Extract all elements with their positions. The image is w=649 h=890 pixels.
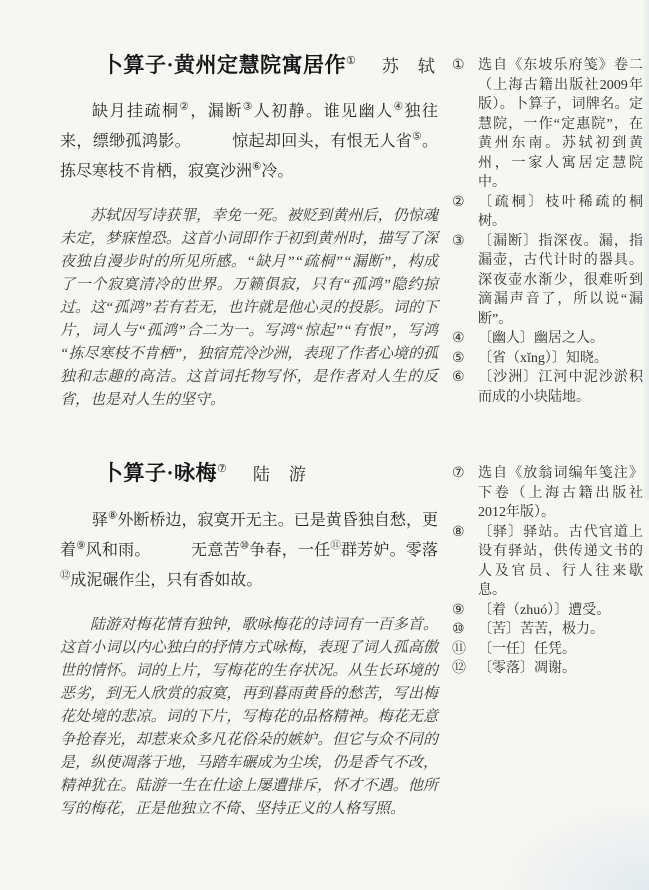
- annotation-number: ⑩: [452, 620, 478, 640]
- poem-author-2: 陆 游: [253, 465, 307, 484]
- poem-title-2: 卜算子·咏梅⑦陆 游: [102, 460, 438, 487]
- title-note-ref-1: ①: [346, 55, 356, 67]
- poem-title-text-2: 卜算子·咏梅: [102, 461, 217, 485]
- annotation-text: 〔驿〕驿站。古代官道上设有驿站，供传递文书的人及官员、行人往来歇息。: [478, 523, 643, 601]
- annotation-text: 〔一任〕任凭。: [478, 640, 643, 660]
- annotation-number: ⑧: [452, 523, 478, 543]
- poem-author-1: 苏 轼: [382, 57, 436, 76]
- annotation-number: ③: [452, 232, 478, 252]
- annotation-item: ⑨ 〔着（zhuó）〕遭受。: [452, 601, 643, 621]
- annotation-text: 〔疏桐〕枝叶稀疏的桐树。: [478, 193, 643, 232]
- annotation-item: ⑩ 〔苦〕苦苦，极力。: [452, 620, 643, 640]
- annotation-item: ③ 〔漏断〕指深夜。漏，指漏壶，古代计时的器具。深夜壶水渐少，很难听到滴漏声音了…: [452, 232, 643, 330]
- commentary-text-1: 苏轼因写诗获罪，幸免一死。被贬到黄州后，仍惊魂未定，梦寐惶恐。这首小词即作于初到…: [60, 205, 438, 412]
- annotation-item: ⑥ 〔沙洲〕江河中泥沙淤积而成的小块陆地。: [452, 368, 643, 407]
- annotations-list-2: ⑦ 选自《放翁词编年笺注》下卷（上海古籍出版社2012年版）。 ⑧ 〔驿〕驿站。…: [452, 464, 643, 679]
- annotation-item: ④ 〔幽人〕幽居之人。: [452, 329, 643, 349]
- poem-title-1: 卜算子·黄州定慧院寓居作①苏 轼: [102, 52, 438, 79]
- annotations-column-2: ⑦ 选自《放翁词编年笺注》下卷（上海古籍出版社2012年版）。 ⑧ 〔驿〕驿站。…: [438, 460, 643, 679]
- annotation-number: ②: [452, 193, 478, 213]
- poem-section-sushi: 卜算子·黄州定慧院寓居作①苏 轼 缺月挂疏桐②，漏断③人初静。谁见幽人④独往来，…: [60, 52, 643, 412]
- annotation-item: ⑦ 选自《放翁词编年笺注》下卷（上海古籍出版社2012年版）。: [452, 464, 643, 523]
- annotation-number: ⑤: [452, 349, 478, 369]
- poem-text-2: 驿⑧外断桥边，寂寞开无主。已是黄昏独自愁，更着⑨风和雨。 无意苦⑩争春，一任⑪群…: [60, 506, 438, 596]
- annotation-item: ⑫ 〔零落〕凋谢。: [452, 659, 643, 679]
- annotation-text: 〔漏断〕指深夜。漏，指漏壶，古代计时的器具。深夜壶水渐少，很难听到滴漏声音了，所…: [478, 232, 643, 330]
- annotation-number: ④: [452, 329, 478, 349]
- annotation-text: 选自《放翁词编年笺注》下卷（上海古籍出版社2012年版）。: [478, 464, 643, 523]
- annotation-number: ⑨: [452, 601, 478, 621]
- main-column-1: 卜算子·黄州定慧院寓居作①苏 轼 缺月挂疏桐②，漏断③人初静。谁见幽人④独往来，…: [60, 52, 438, 412]
- annotation-item: ② 〔疏桐〕枝叶稀疏的桐树。: [452, 193, 643, 232]
- title-note-ref-2: ⑦: [217, 463, 227, 475]
- textbook-page: 卜算子·黄州定慧院寓居作①苏 轼 缺月挂疏桐②，漏断③人初静。谁见幽人④独往来，…: [0, 0, 649, 890]
- scan-edge-shadow: [642, 0, 649, 500]
- annotation-item: ⑧ 〔驿〕驿站。古代官道上设有驿站，供传递文书的人及官员、行人往来歇息。: [452, 523, 643, 601]
- annotation-text: 〔苦〕苦苦，极力。: [478, 620, 643, 640]
- annotation-text: 〔零落〕凋谢。: [478, 659, 643, 679]
- annotation-item: ⑪ 〔一任〕任凭。: [452, 640, 643, 660]
- annotation-number: ⑥: [452, 368, 478, 388]
- annotation-number: ⑫: [452, 659, 478, 679]
- main-column-2: 卜算子·咏梅⑦陆 游 驿⑧外断桥边，寂寞开无主。已是黄昏独自愁，更着⑨风和雨。 …: [60, 460, 438, 820]
- annotation-text: 选自《东坡乐府笺》卷二（上海古籍出版社2009年版）。卜算子，词牌名。定慧院，一…: [478, 56, 643, 193]
- annotation-number: ①: [452, 56, 478, 76]
- annotation-number: ⑪: [452, 640, 478, 660]
- poem-section-luyou: 卜算子·咏梅⑦陆 游 驿⑧外断桥边，寂寞开无主。已是黄昏独自愁，更着⑨风和雨。 …: [60, 460, 643, 820]
- annotation-item: ⑤ 〔省（xǐng）〕知晓。: [452, 349, 643, 369]
- poem-title-text-1: 卜算子·黄州定慧院寓居作: [102, 53, 346, 77]
- poem-text-1: 缺月挂疏桐②，漏断③人初静。谁见幽人④独往来，缥缈孤鸿影。 惊起却回头，有恨无人…: [60, 97, 438, 187]
- annotation-text: 〔着（zhuó）〕遭受。: [478, 601, 643, 621]
- annotations-list-1: ① 选自《东坡乐府笺》卷二（上海古籍出版社2009年版）。卜算子，词牌名。定慧院…: [452, 56, 643, 407]
- annotation-text: 〔沙洲〕江河中泥沙淤积而成的小块陆地。: [478, 368, 643, 407]
- commentary-text-2: 陆游对梅花情有独钟，歌咏梅花的诗词有一百多首。这首小词以内心独白的抒情方式咏梅，…: [60, 614, 438, 821]
- annotation-number: ⑦: [452, 464, 478, 484]
- annotation-item: ① 选自《东坡乐府笺》卷二（上海古籍出版社2009年版）。卜算子，词牌名。定慧院…: [452, 56, 643, 193]
- annotation-text: 〔幽人〕幽居之人。: [478, 329, 643, 349]
- annotation-text: 〔省（xǐng）〕知晓。: [478, 349, 643, 369]
- annotations-column-1: ① 选自《东坡乐府笺》卷二（上海古籍出版社2009年版）。卜算子，词牌名。定慧院…: [438, 52, 643, 407]
